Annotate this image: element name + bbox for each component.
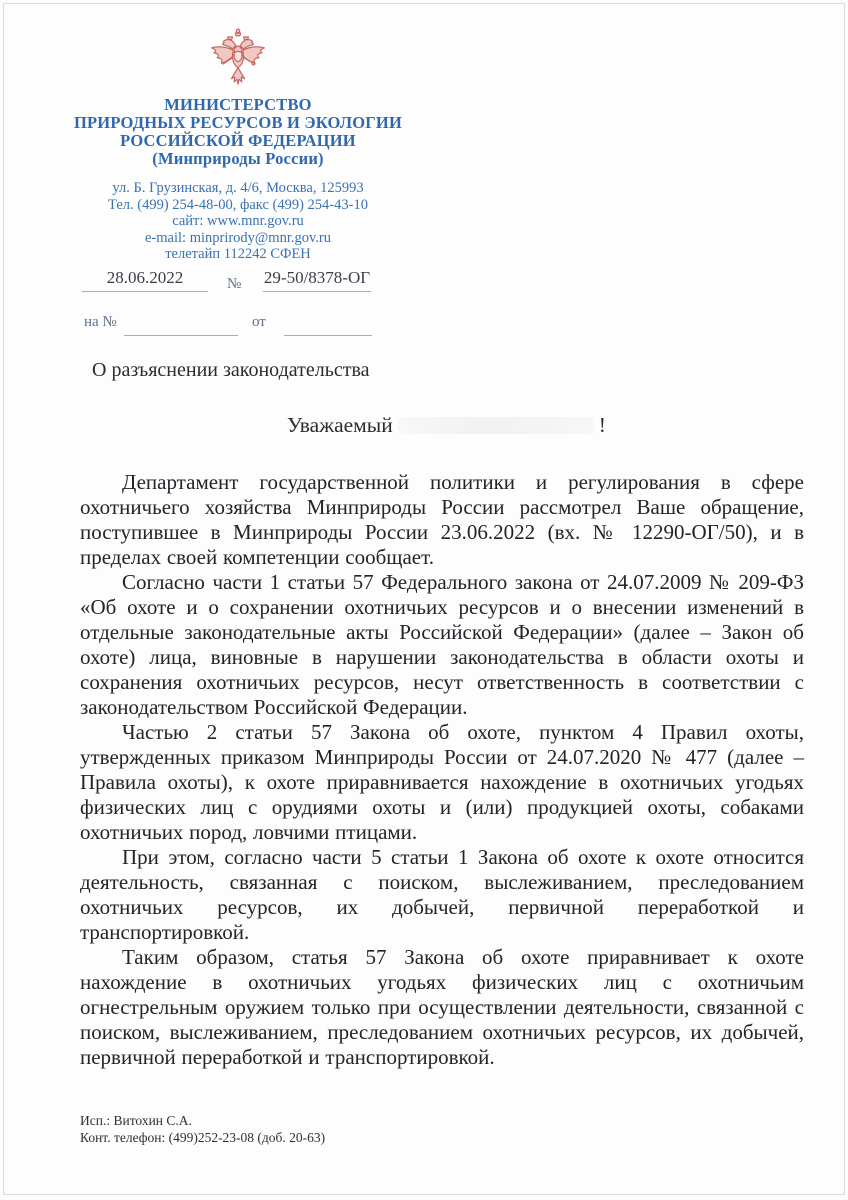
- coat-of-arms-icon: [205, 26, 271, 94]
- reply-from-date-label: от: [252, 314, 266, 331]
- executor-phone: Конт. телефон: (499)252-23-08 (доб. 20-6…: [80, 1129, 325, 1146]
- ministry-line-3: РОССИЙСКОЙ ФЕДЕРАЦИИ: [56, 132, 420, 150]
- letter-body: Департамент государственной политики и р…: [80, 470, 804, 1070]
- number-sign-label: №: [227, 276, 241, 293]
- executor-name: Исп.: Витохин С.А.: [80, 1112, 325, 1129]
- subject-line: О разъяснении законодательства: [92, 359, 370, 382]
- redacted-addressee-name: [398, 417, 594, 434]
- body-paragraph: Департамент государственной политики и р…: [80, 470, 804, 570]
- reply-to-number-blank-line: [124, 334, 238, 336]
- contact-phone-fax: Тел. (499) 254-48-00, факс (499) 254-43-…: [56, 197, 420, 214]
- reply-from-date-blank-line: [284, 334, 372, 336]
- body-paragraph: Согласно части 1 статьи 57 Федерального …: [80, 570, 804, 720]
- body-paragraph: Таким образом, статья 57 Закона об охоте…: [80, 945, 804, 1070]
- salutation-prefix: Уважаемый: [287, 413, 393, 438]
- ministry-name: МИНИСТЕРСТВО ПРИРОДНЫХ РЕСУРСОВ И ЭКОЛОГ…: [56, 96, 420, 168]
- ministry-contacts: ул. Б. Грузинская, д. 4/6, Москва, 12599…: [56, 180, 420, 263]
- salutation: Уважаемый !: [287, 413, 606, 438]
- ministry-line-2: ПРИРОДНЫХ РЕСУРСОВ И ЭКОЛОГИИ: [56, 114, 420, 132]
- outgoing-number: 29-50/8378-ОГ: [263, 268, 371, 292]
- body-paragraph: Частью 2 статьи 57 Закона об охоте, пунк…: [80, 720, 804, 845]
- executor-block: Исп.: Витохин С.А. Конт. телефон: (499)2…: [80, 1112, 325, 1146]
- reply-to-number-label: на №: [84, 314, 117, 331]
- contact-email: e-mail: minprirody@mnr.gov.ru: [56, 230, 420, 247]
- contact-website: сайт: www.mnr.gov.ru: [56, 213, 420, 230]
- outgoing-date: 28.06.2022: [82, 268, 208, 292]
- letterhead: МИНИСТЕРСТВО ПРИРОДНЫХ РЕСУРСОВ И ЭКОЛОГ…: [56, 26, 420, 263]
- body-paragraph: При этом, согласно части 5 статьи 1 Зако…: [80, 845, 804, 945]
- contact-address: ул. Б. Грузинская, д. 4/6, Москва, 12599…: [56, 180, 420, 197]
- ministry-line-1: МИНИСТЕРСТВО: [56, 96, 420, 114]
- salutation-punctuation: !: [599, 413, 606, 438]
- contact-teletype: телетайп 112242 СФЕН: [56, 246, 420, 263]
- scanned-letter-page: МИНИСТЕРСТВО ПРИРОДНЫХ РЕСУРСОВ И ЭКОЛОГ…: [0, 0, 848, 1200]
- ministry-line-4: (Минприроды России): [56, 150, 420, 168]
